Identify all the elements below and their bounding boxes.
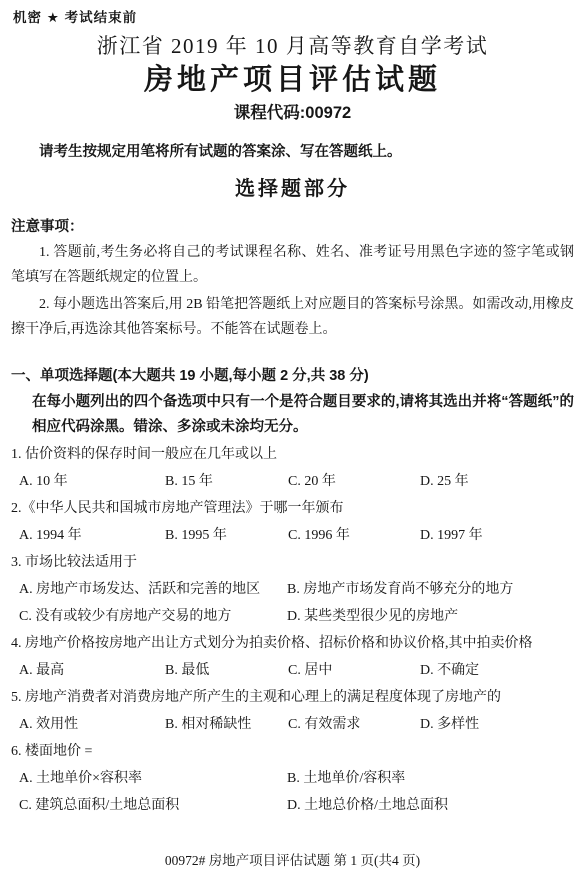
note-item-2: 2. 每小题选出答案后,用 2B 铅笔把答题纸上对应题目的答案标号涂黑。如需改动…	[11, 292, 574, 342]
option-b: B. 15 年	[165, 468, 288, 495]
option-c: C. 有效需求	[288, 711, 420, 738]
option-a: A. 效用性	[19, 711, 165, 738]
option-c: C. 居中	[288, 657, 420, 684]
option-row: A. 1994 年 B. 1995 年 C. 1996 年 D. 1997 年	[11, 522, 574, 549]
question-6: 6. 楼面地价 = A. 土地单价×容积率 B. 土地单价/容积率 C. 建筑总…	[11, 738, 574, 819]
section-title: 选择题部分	[11, 175, 574, 203]
option-row: A. 土地单价×容积率 B. 土地单价/容积率	[11, 765, 574, 792]
option-b: B. 最低	[165, 657, 288, 684]
option-a: A. 1994 年	[19, 522, 165, 549]
option-d: D. 多样性	[420, 711, 574, 738]
option-d: D. 不确定	[420, 657, 574, 684]
option-b: B. 房地产市场发育尚不够充分的地方	[287, 576, 574, 603]
question-1: 1. 估价资料的保存时间一般应在几年或以上 A. 10 年 B. 15 年 C.…	[11, 441, 574, 495]
question-2: 2.《中华人民共和国城市房地产管理法》于哪一年颁布 A. 1994 年 B. 1…	[11, 495, 574, 549]
answer-sheet-instruction: 请考生按规定用笔将所有试题的答案涂、写在答题纸上。	[11, 141, 574, 163]
question-5: 5. 房地产消费者对消费房地产所产生的主观和心理上的满足程度体现了房地产的 A.…	[11, 684, 574, 738]
option-b: B. 相对稀缺性	[165, 711, 288, 738]
option-d: D. 1997 年	[420, 522, 574, 549]
option-c: C. 建筑总面积/土地总面积	[19, 792, 287, 819]
question-stem: 1. 估价资料的保存时间一般应在几年或以上	[11, 441, 574, 468]
question-3: 3. 市场比较法适用于 A. 房地产市场发达、活跃和完善的地区 B. 房地产市场…	[11, 549, 574, 630]
option-row: C. 没有或较少有房地产交易的地方 D. 某些类型很少见的房地产	[11, 603, 574, 630]
course-code: 课程代码:00972	[11, 101, 574, 125]
part-one-instructions: 在每小题列出的四个备选项中只有一个是符合题目要求的,请将其选出并将“答题纸”的相…	[11, 390, 574, 440]
exam-title: 房地产项目评估试题	[11, 61, 574, 99]
option-row: A. 10 年 B. 15 年 C. 20 年 D. 25 年	[11, 468, 574, 495]
option-row: A. 效用性 B. 相对稀缺性 C. 有效需求 D. 多样性	[11, 711, 574, 738]
question-stem: 5. 房地产消费者对消费房地产所产生的主观和心理上的满足程度体现了房地产的	[11, 684, 574, 711]
option-row: A. 房地产市场发达、活跃和完善的地区 B. 房地产市场发育尚不够充分的地方	[11, 576, 574, 603]
question-4: 4. 房地产价格按房地产出让方式划分为拍卖价格、招标价格和协议价格,其中拍卖价格…	[11, 630, 574, 684]
question-stem: 6. 楼面地价 =	[11, 738, 574, 765]
question-stem: 2.《中华人民共和国城市房地产管理法》于哪一年颁布	[11, 495, 574, 522]
question-stem: 4. 房地产价格按房地产出让方式划分为拍卖价格、招标价格和协议价格,其中拍卖价格	[11, 630, 574, 657]
option-d: D. 土地总价格/土地总面积	[287, 792, 574, 819]
option-a: A. 土地单价×容积率	[19, 765, 287, 792]
option-a: A. 最高	[19, 657, 165, 684]
option-c: C. 没有或较少有房地产交易的地方	[19, 603, 287, 630]
part-one-heading: 一、单项选择题(本大题共 19 小题,每小题 2 分,共 38 分)	[11, 363, 574, 390]
option-d: D. 某些类型很少见的房地产	[287, 603, 574, 630]
option-b: B. 1995 年	[165, 522, 288, 549]
security-classification-label: 机密 ★ 考试结束前	[11, 9, 574, 27]
option-row: C. 建筑总面积/土地总面积 D. 土地总价格/土地总面积	[11, 792, 574, 819]
question-list: 1. 估价资料的保存时间一般应在几年或以上 A. 10 年 B. 15 年 C.…	[11, 441, 574, 819]
option-d: D. 25 年	[420, 468, 574, 495]
page-footer: 00972# 房地产项目评估试题 第 1 页(共4 页)	[0, 851, 585, 871]
exam-paper-page: 机密 ★ 考试结束前 浙江省 2019 年 10 月高等教育自学考试 房地产项目…	[0, 0, 585, 885]
option-row: A. 最高 B. 最低 C. 居中 D. 不确定	[11, 657, 574, 684]
exam-session-line: 浙江省 2019 年 10 月高等教育自学考试	[11, 31, 574, 61]
note-item-1: 1. 答题前,考生务必将自己的考试课程名称、姓名、准考证号用黑色字迹的签字笔或钢…	[11, 240, 574, 290]
option-c: C. 20 年	[288, 468, 420, 495]
option-a: A. 10 年	[19, 468, 165, 495]
option-a: A. 房地产市场发达、活跃和完善的地区	[19, 576, 287, 603]
question-stem: 3. 市场比较法适用于	[11, 549, 574, 576]
option-c: C. 1996 年	[288, 522, 420, 549]
notes-heading: 注意事项：	[11, 216, 574, 238]
option-b: B. 土地单价/容积率	[287, 765, 574, 792]
